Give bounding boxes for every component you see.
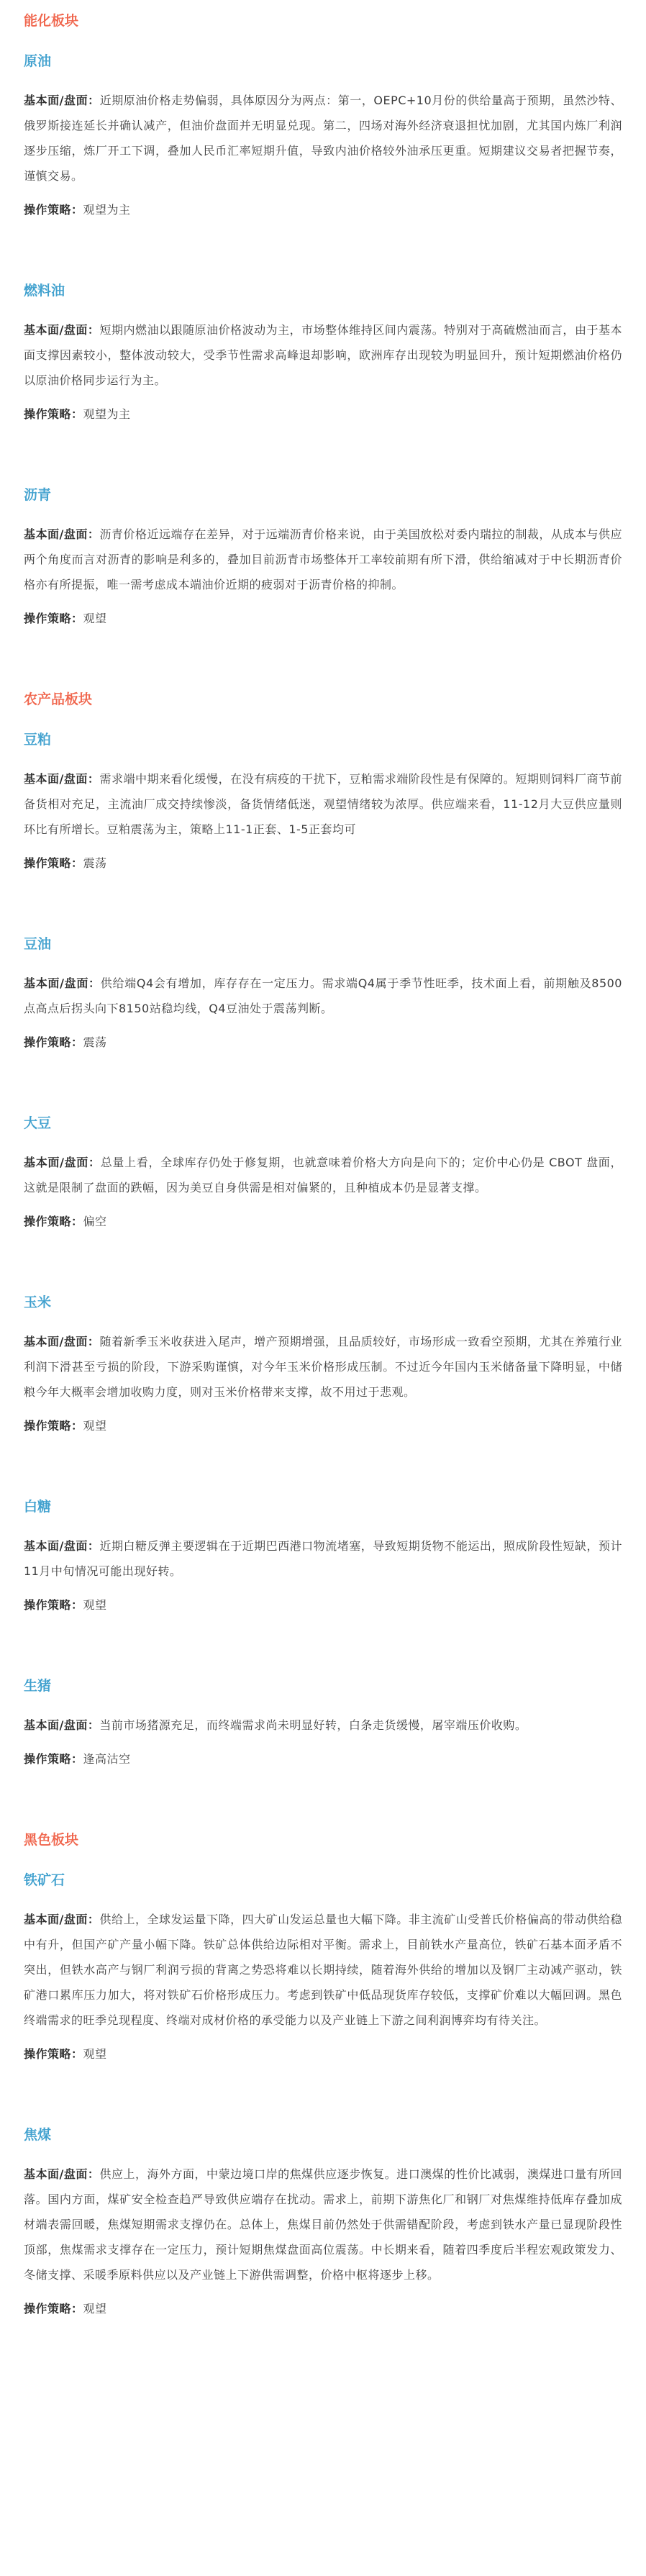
- commodity-title: 大豆: [24, 1112, 622, 1134]
- strategy-text: 观望: [83, 2047, 107, 2061]
- commodity-list: 铁矿石 基本面/盘面：供给上，全球发运量下降，四大矿山发运总量也大幅下降。非主流…: [24, 1869, 622, 2321]
- fundamental-paragraph: 基本面/盘面：供应上，海外方面，中蒙边境口岸的焦煤供应逐步恢复。进口澳煤的性价比…: [24, 2162, 622, 2287]
- strategy-label: 操作策略：: [24, 1752, 83, 1766]
- commodity-title: 白糖: [24, 1496, 622, 1518]
- sector-title: 黑色板块: [24, 1829, 622, 1851]
- strategy-paragraph: 操作策略：震荡: [24, 851, 622, 876]
- fundamental-label: 基本面/盘面：: [24, 2167, 99, 2181]
- strategy-paragraph: 操作策略：偏空: [24, 1209, 622, 1234]
- fundamental-text: 沥青价格近远端存在差异，对于远端沥青价格来说，由于美国放松对委内瑞拉的制裁，从成…: [24, 527, 622, 591]
- report: 能化板块 原油 基本面/盘面：近期原油价格走势偏弱，具体原因分为两点：第一，OE…: [0, 0, 646, 2576]
- fundamental-label: 基本面/盘面：: [24, 323, 99, 337]
- strategy-text: 观望: [83, 1419, 107, 1433]
- sector: 能化板块 原油 基本面/盘面：近期原油价格走势偏弱，具体原因分为两点：第一，OE…: [24, 10, 622, 631]
- commodity-block: 原油 基本面/盘面：近期原油价格走势偏弱，具体原因分为两点：第一，OEPC+10…: [24, 50, 622, 222]
- strategy-text: 观望为主: [83, 407, 131, 421]
- strategy-text: 偏空: [83, 1215, 107, 1228]
- strategy-text: 观望为主: [83, 203, 131, 217]
- fundamental-paragraph: 基本面/盘面：总量上看，全球库存仍处于修复期，也就意味着价格大方向是向下的；定价…: [24, 1150, 622, 1200]
- fundamental-paragraph: 基本面/盘面：当前市场猪源充足，而终端需求尚未明显好转，白条走货缓慢，屠宰端压价…: [24, 1713, 622, 1738]
- strategy-label: 操作策略：: [24, 2047, 83, 2061]
- strategy-label: 操作策略：: [24, 1598, 83, 1612]
- strategy-text: 观望: [83, 2302, 107, 2316]
- fundamental-label: 基本面/盘面：: [24, 772, 99, 786]
- commodity-title: 燃料油: [24, 280, 622, 301]
- strategy-label: 操作策略：: [24, 1215, 83, 1228]
- fundamental-label: 基本面/盘面：: [24, 1335, 99, 1348]
- fundamental-text: 近期原油价格走势偏弱，具体原因分为两点：第一，OEPC+10月份的供给量高于预期…: [24, 94, 622, 183]
- strategy-text: 震荡: [83, 856, 107, 870]
- commodity-title: 沥青: [24, 484, 622, 506]
- sector: 黑色板块 铁矿石 基本面/盘面：供给上，全球发运量下降，四大矿山发运总量也大幅下…: [24, 1829, 622, 2321]
- strategy-text: 逢高沽空: [83, 1752, 131, 1766]
- fundamental-text: 供应上，海外方面，中蒙边境口岸的焦煤供应逐步恢复。进口澳煤的性价比减弱，澳煤进口…: [24, 2167, 622, 2282]
- commodity-block: 生猪 基本面/盘面：当前市场猪源充足，而终端需求尚未明显好转，白条走货缓慢，屠宰…: [24, 1675, 622, 1772]
- strategy-paragraph: 操作策略：观望为主: [24, 197, 622, 222]
- commodity-block: 铁矿石 基本面/盘面：供给上，全球发运量下降，四大矿山发运总量也大幅下降。非主流…: [24, 1869, 622, 2067]
- commodity-title: 铁矿石: [24, 1869, 622, 1891]
- commodity-block: 大豆 基本面/盘面：总量上看，全球库存仍处于修复期，也就意味着价格大方向是向下的…: [24, 1112, 622, 1234]
- strategy-paragraph: 操作策略：观望: [24, 1592, 622, 1618]
- commodity-block: 玉米 基本面/盘面：随着新季玉米收获进入尾声，增产预期增强，且品质较好，市场形成…: [24, 1292, 622, 1438]
- sector-title: 农产品板块: [24, 689, 622, 710]
- commodity-block: 焦煤 基本面/盘面：供应上，海外方面，中蒙边境口岸的焦煤供应逐步恢复。进口澳煤的…: [24, 2124, 622, 2321]
- strategy-paragraph: 操作策略：观望: [24, 1413, 622, 1438]
- fundamental-label: 基本面/盘面：: [24, 527, 99, 541]
- strategy-label: 操作策略：: [24, 407, 83, 421]
- strategy-label: 操作策略：: [24, 1035, 83, 1049]
- strategy-label: 操作策略：: [24, 2302, 83, 2316]
- sector: 农产品板块 豆粕 基本面/盘面：需求端中期来看化缓慢，在没有病疫的干扰下，豆粕需…: [24, 689, 622, 1772]
- fundamental-text: 总量上看，全球库存仍处于修复期，也就意味着价格大方向是向下的；定价中心仍是 CB…: [24, 1156, 622, 1194]
- fundamental-paragraph: 基本面/盘面：需求端中期来看化缓慢，在没有病疫的干扰下，豆粕需求端阶段性是有保障…: [24, 766, 622, 842]
- commodity-block: 白糖 基本面/盘面：近期白糖反弹主要逻辑在于近期巴西港口物流堵塞，导致短期货物不…: [24, 1496, 622, 1618]
- commodity-title: 玉米: [24, 1292, 622, 1313]
- fundamental-label: 基本面/盘面：: [24, 1156, 101, 1169]
- strategy-paragraph: 操作策略：逢高沽空: [24, 1746, 622, 1772]
- fundamental-label: 基本面/盘面：: [24, 1539, 99, 1553]
- strategy-label: 操作策略：: [24, 612, 83, 625]
- strategy-text: 观望: [83, 612, 107, 625]
- commodity-block: 豆油 基本面/盘面：供给端Q4会有增加，库存存在一定压力。需求端Q4属于季节性旺…: [24, 933, 622, 1055]
- commodity-title: 豆粕: [24, 729, 622, 750]
- strategy-label: 操作策略：: [24, 1419, 83, 1433]
- fundamental-text: 随着新季玉米收获进入尾声，增产预期增强，且品质较好，市场形成一致看空预期，尤其在…: [24, 1335, 622, 1399]
- fundamental-paragraph: 基本面/盘面：供给端Q4会有增加，库存存在一定压力。需求端Q4属于季节性旺季，技…: [24, 971, 622, 1021]
- fundamental-text: 短期内燃油以跟随原油价格波动为主，市场整体维持区间内震荡。特别对于高硫燃油而言，…: [24, 323, 622, 387]
- strategy-label: 操作策略：: [24, 203, 83, 217]
- commodity-title: 焦煤: [24, 2124, 622, 2146]
- commodity-block: 燃料油 基本面/盘面：短期内燃油以跟随原油价格波动为主，市场整体维持区间内震荡。…: [24, 280, 622, 427]
- fundamental-label: 基本面/盘面：: [24, 94, 100, 107]
- commodity-title: 豆油: [24, 933, 622, 955]
- commodity-list: 豆粕 基本面/盘面：需求端中期来看化缓慢，在没有病疫的干扰下，豆粕需求端阶段性是…: [24, 729, 622, 1772]
- strategy-paragraph: 操作策略：观望: [24, 2296, 622, 2321]
- fundamental-text: 近期白糖反弹主要逻辑在于近期巴西港口物流堵塞，导致短期货物不能运出，照成阶段性短…: [24, 1539, 622, 1578]
- strategy-label: 操作策略：: [24, 856, 83, 870]
- fundamental-paragraph: 基本面/盘面：近期原油价格走势偏弱，具体原因分为两点：第一，OEPC+10月份的…: [24, 88, 622, 189]
- fundamental-text: 当前市场猪源充足，而终端需求尚未明显好转，白条走货缓慢，屠宰端压价收购。: [99, 1718, 527, 1732]
- fundamental-text: 需求端中期来看化缓慢，在没有病疫的干扰下，豆粕需求端阶段性是有保障的。短期则饲料…: [24, 772, 622, 836]
- strategy-paragraph: 操作策略：观望: [24, 2041, 622, 2067]
- commodity-title: 原油: [24, 50, 622, 72]
- fundamental-text: 供给上，全球发运量下降，四大矿山发运总量也大幅下降。非主流矿山受普氏价格偏高的带…: [24, 1913, 622, 2027]
- strategy-paragraph: 操作策略：震荡: [24, 1030, 622, 1055]
- fundamental-paragraph: 基本面/盘面：短期内燃油以跟随原油价格波动为主，市场整体维持区间内震荡。特别对于…: [24, 317, 622, 393]
- commodity-block: 豆粕 基本面/盘面：需求端中期来看化缓慢，在没有病疫的干扰下，豆粕需求端阶段性是…: [24, 729, 622, 876]
- fundamental-paragraph: 基本面/盘面：随着新季玉米收获进入尾声，增产预期增强，且品质较好，市场形成一致看…: [24, 1329, 622, 1405]
- strategy-paragraph: 操作策略：观望: [24, 606, 622, 631]
- fundamental-paragraph: 基本面/盘面：供给上，全球发运量下降，四大矿山发运总量也大幅下降。非主流矿山受普…: [24, 1907, 622, 2033]
- commodity-list: 原油 基本面/盘面：近期原油价格走势偏弱，具体原因分为两点：第一，OEPC+10…: [24, 50, 622, 631]
- commodity-title: 生猪: [24, 1675, 622, 1697]
- strategy-paragraph: 操作策略：观望为主: [24, 402, 622, 427]
- fundamental-label: 基本面/盘面：: [24, 1913, 99, 1926]
- fundamental-text: 供给端Q4会有增加，库存存在一定压力。需求端Q4属于季节性旺季，技术面上看，前期…: [24, 976, 622, 1015]
- strategy-text: 震荡: [83, 1035, 107, 1049]
- commodity-block: 沥青 基本面/盘面：沥青价格近远端存在差异，对于远端沥青价格来说，由于美国放松对…: [24, 484, 622, 631]
- fundamental-label: 基本面/盘面：: [24, 1718, 99, 1732]
- fundamental-paragraph: 基本面/盘面：近期白糖反弹主要逻辑在于近期巴西港口物流堵塞，导致短期货物不能运出…: [24, 1533, 622, 1584]
- sector-title: 能化板块: [24, 10, 622, 32]
- fundamental-paragraph: 基本面/盘面：沥青价格近远端存在差异，对于远端沥青价格来说，由于美国放松对委内瑞…: [24, 522, 622, 597]
- fundamental-label: 基本面/盘面：: [24, 976, 101, 990]
- strategy-text: 观望: [83, 1598, 107, 1612]
